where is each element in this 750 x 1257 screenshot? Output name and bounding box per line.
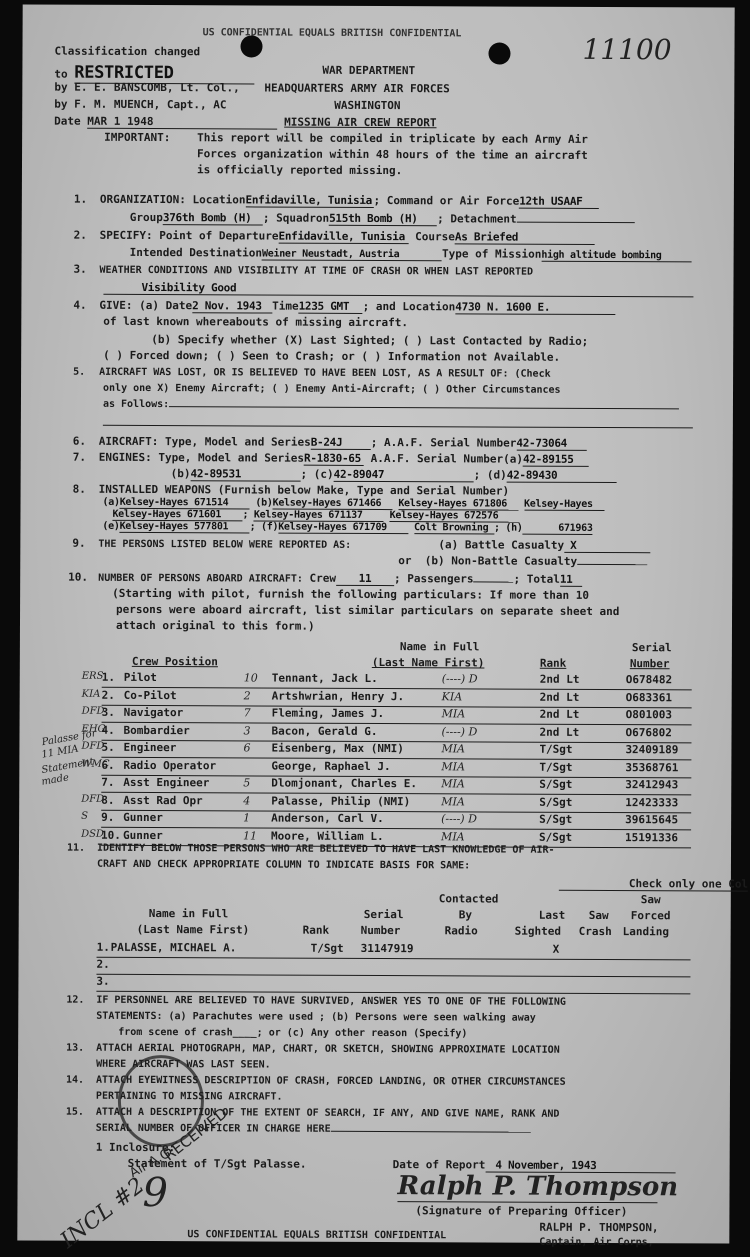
last-knowledge-line: CRAFT AND CHECK APPROPRIATE COLUMN TO IN… [97,859,470,872]
course-value: As Briefed [455,230,595,245]
header-forced: Forced [631,909,671,922]
crew-table: 1.Pilot10Tennant, Jack L.(----) D2nd LtO… [23,4,735,7]
departure-value: Enfidaville, Tunisia [278,230,408,245]
crew-serial: O678482 [626,673,672,686]
crew-number: 7. [101,776,114,789]
section-number: 6. [73,435,99,448]
crew-rank: S/Sgt [539,830,572,843]
passengers-label: ; Passengers [394,572,474,585]
check-only-one-note: Check only one Col [559,877,748,892]
crew-position: Asst Rad Opr [123,793,203,806]
margin-annotations: ERSKIADFDEHGDFDWMCDFDSDSDPalasse for11 M… [23,4,735,7]
engine-serial-a: 42-89155 [523,453,589,467]
crew-handwritten-order: 10 [244,671,258,684]
crew-name: Artshwrian, Henry J. [272,689,405,703]
missing-air-crew-report-page: US CONFIDENTIAL EQUALS BRITISH CONFIDENT… [17,4,734,1243]
crew-serial: 12423333 [625,796,678,809]
crew-rank: 2nd Lt [540,690,580,703]
instructions-line: (Starting with pilot, furnish the follow… [112,587,589,602]
last-knowledge-row: 3. [96,973,690,995]
row-number: 1. [97,941,110,954]
aircraft-serial-label: ; A.A.F. Serial Number [371,436,517,450]
crew-name: Dlomjonant, Charles E. [271,777,417,791]
handwritten-number: 11100 [582,33,671,66]
margin-code: DSD [81,828,104,839]
crew-position: Gunner [123,811,163,824]
crew-position: Pilot [124,671,157,684]
crew-name: Fleming, James J. [272,707,385,720]
crew-handwritten-order: 1 [243,811,250,824]
survival-line: STATEMENTS: (a) Parachutes were used ; (… [96,1011,536,1024]
crew-handwritten-order: 6 [243,741,250,754]
engine-serial-label: A.A.F. Serial Number(a) [371,452,523,466]
section-number: 15. [66,1107,96,1118]
crew-serial: 32412943 [625,778,678,791]
squadron-value: 515th Bomb (H) [329,212,437,226]
margin-code: DFD [82,706,105,717]
non-battle-casualty-value [577,564,647,565]
weapon-value: Kelsey-Hayes 671466 [273,498,393,511]
to-label: to [54,68,67,81]
crew-name: Moore, William L. [271,829,384,842]
header-rank: Rank [303,924,330,937]
crew-position: Engineer [123,741,176,754]
crew-position: Navigator [124,706,184,719]
by-line-2: by F. M. MUENCH, Capt., AC [54,98,226,112]
header-number: Number [361,924,401,937]
mission-value: high altitude bombing [541,250,691,263]
weapon-value: Kelsey-Hayes 577801 [120,521,250,534]
engine-serial-b: 42-89531 [190,467,300,481]
crew-position: Radio Operator [123,758,216,771]
header-contacted: Contacted [439,892,499,905]
section-number: 13. [66,1043,96,1054]
engine-type-value: R-1830-65 [304,452,364,466]
crew-serial: 32409189 [625,743,678,756]
section-number: 12. [66,995,96,1006]
crew-name: Tennant, Jack L. [272,672,378,685]
crew-rank: S/Sgt [539,795,572,808]
crew-serial: O801003 [626,708,672,721]
passengers-count [473,581,513,582]
report-title: MISSING AIR CREW REPORT [284,116,436,130]
destination-value: Weiner Neustadt, Austria [262,248,442,261]
header-by: By [459,908,472,921]
department: WAR DEPARTMENT [322,64,415,77]
weapons-label: INSTALLED WEAPONS (Furnish below Make, T… [99,483,510,498]
crew-rank: 2nd Lt [540,708,580,721]
section-number: 7. [73,451,99,464]
header-saw: Saw [641,893,661,906]
last-knowledge-table: 1.PALASSE, MICHAEL A.T/Sgt31147919X2.3. [23,4,735,7]
crew-rank: 2nd Lt [540,725,580,738]
crew-status-note: MIA [441,742,465,755]
weapon-value: Kelsey-Hayes 671709 [278,522,408,535]
row-number: 2. [96,958,109,971]
headquarters: HEADQUARTERS ARMY AIR FORCES [264,82,449,96]
loss-date-value: 2 Nov. 1943 [192,299,272,313]
weather-value: Visibility Good [103,281,693,298]
squadron-label: ; Squadron [263,212,329,225]
crew-name: Anderson, Carl V. [271,812,384,825]
engine-serial-c: 42-89047 [334,468,474,483]
loss-location-label: ; and Location [363,300,456,313]
total-count: 11 [560,573,582,587]
city: WASHINGTON [334,99,400,112]
battle-casualty-value: X [564,539,650,553]
weather-label: WEATHER CONDITIONS AND VISIBILITY AT TIM… [100,265,534,278]
crew-number: 2. [102,688,115,701]
section-number: 14. [66,1075,96,1086]
header-radio: Radio [445,924,478,937]
location-label: Location [193,193,246,206]
loss-location-value: 4730 N. 1600 E. [455,300,615,315]
margin-code: ERS [82,671,104,682]
loss-cause-line: AIRCRAFT WAS LOST, OR IS BELIEVED TO HAV… [99,367,551,380]
crew-name: George, Raphael J. [271,759,390,773]
crew-serial: O676802 [626,726,672,739]
crew-status-note: MIA [441,777,465,790]
destination-label: Intended Destination [130,246,263,260]
important-text-line: is officially reported missing. [197,163,402,177]
command-value: 12th USAAF [519,195,599,209]
crew-rank: S/Sgt [539,778,572,791]
survival-line: from scene of crash____; or (c) Any othe… [118,1027,467,1040]
course-label: Course [415,230,455,243]
crew-serial: 35368761 [625,761,678,774]
header-rank: Rank [540,657,567,670]
non-battle-casualty-label: (b) Non-Battle Casualty [425,554,577,568]
date-value: MAR 1 1948 [87,115,277,130]
header-serial: Serial [364,908,404,921]
header-name: Name in Full [400,640,480,653]
specify-label: SPECIFY: [100,229,153,242]
weapon-value: Kelsey-Hayes 671137 [254,509,384,522]
weapon-key: (a) [103,497,120,508]
punch-hole [488,42,510,64]
crew-position: Gunner [123,828,163,841]
crew-handwritten-order: 3 [244,724,251,737]
crew-name: Bacon, Gerald G. [272,724,378,737]
crew-rank: T/Sgt [539,743,572,756]
crew-position: Asst Engineer [123,776,209,789]
by-line-1: by E. E. BANSCOMB, Lt. Col., [54,81,239,95]
person-serial: 31147919 [361,942,414,955]
as-follows-label: as Follows: [103,399,169,410]
person-rank: T/Sgt [311,942,344,955]
group-label: Group [130,211,163,224]
crew-status-note: (----) D [441,812,477,825]
aircraft-serial-value: 42-73064 [516,437,586,451]
margin-code: S [81,811,88,822]
header-sighted: Sighted [515,925,561,938]
crew-serial: O683361 [626,691,672,704]
loss-time-value: 1235 GMT [299,300,363,314]
crew-handwritten-order: 2 [244,689,251,702]
loss-cause-line: only one X) Enemy Aircraft; ( ) Enemy An… [103,383,561,396]
aircraft-type-label: Type, Model and Series [165,435,311,449]
crew-status-note: MIA [441,760,465,773]
crew-rank: 2nd Lt [540,673,580,686]
header-serial-number: Number [630,657,670,670]
weapon-value: 671963 [523,523,593,535]
crew-number: 9. [101,811,114,824]
weapon-key: (e) [102,521,119,532]
weapon-value: Colt Browning [414,522,494,534]
mission-label: Type of Mission [442,247,541,260]
crew-name: Palasse, Philip (NMI) [271,794,410,808]
important-text-line: This report will be compiled in triplica… [197,131,588,146]
departure-label: Point of Departure [159,229,278,243]
crew-rank: S/Sgt [539,813,572,826]
header-last: Last [539,909,566,922]
margin-code: DFD [81,741,104,752]
weapon-value: Kelsey-Hayes 671806 [398,498,518,511]
engine-type-label: Type, Model and Series [158,451,304,465]
section-number: 5. [73,367,99,378]
handwritten-inclosure-note: INCL #2 [56,1173,149,1253]
persons-aboard-label: NUMBER OF PERSONS ABOARD AIRCRAFT: [98,573,303,585]
crew-handwritten-order: 5 [243,776,250,789]
aircraft-type-value: B-24J [311,436,371,450]
section-number: 2. [74,229,100,242]
crew-status-note: (----) D [442,725,478,738]
engines-label: ENGINES: [99,451,152,464]
crew-rank: T/Sgt [539,760,572,773]
command-label: ; Command or Air Force [374,194,520,208]
last-knowledge-line: IDENTIFY BELOW THOSE PERSONS WHO ARE BEL… [97,843,555,856]
crew-status-note: (----) D [442,672,478,685]
signature: Ralph P. Thompson [397,1171,657,1203]
classification-top: US CONFIDENTIAL EQUALS BRITISH CONFIDENT… [203,27,462,39]
crew-position: Co-Pilot [124,688,177,701]
section-number: 4. [73,299,99,312]
aircraft-label: AIRCRAFT: [99,435,159,448]
classification-changed-label: Classification changed [54,45,200,59]
crew-position: Bombardier [124,723,190,736]
weapon-key: (f) [261,521,278,532]
crew-serial: 15191336 [625,831,678,844]
crew-handwritten-order: 11 [243,829,257,842]
important-label: IMPORTANT: [104,131,170,144]
weapon-value: Kelsey-Hayes 672576 [390,510,520,523]
date-label: GIVE: (a) Date [99,299,192,312]
photo-line: ATTACH AERIAL PHOTOGRAPH, MAP, CHART, OR… [96,1043,560,1056]
important-text-line: Forces organization within 48 hours of t… [197,147,588,162]
persons-reported-label: THE PERSONS LISTED BELOW WERE REPORTED A… [98,539,351,551]
report-date-label: Date of Report [393,1158,486,1171]
instructions-line: persons were aboard aircraft, list simil… [116,603,619,618]
section-number: 11. [67,843,97,854]
weapon-value: Kelsey-Hayes 671601 [112,509,242,522]
specify-whether-line: (b) Specify whether (X) Last Sighted; ( … [151,333,588,348]
crew-label: Crew [309,572,336,585]
header-crash: Crash [579,925,612,938]
punch-hole [240,35,262,57]
section-number: 8. [73,483,99,496]
officer-name: RALPH P. THOMPSON, [539,1221,658,1235]
total-label: ; Total [513,573,559,586]
header-landing: Landing [623,925,669,938]
or-label: or [398,554,411,567]
section-number: 1. [74,193,100,206]
detachment-label: ; Detachment [437,212,517,225]
crew-handwritten-order: 7 [244,706,251,719]
crew-serial: 39615645 [625,813,678,826]
section-number: 10. [68,571,98,584]
crew-name: Eisenberg, Max (NMI) [271,742,404,756]
crew-status-note: KIA [442,690,463,703]
weapon-key: (h) [505,523,522,534]
crew-status-note: MIA [442,707,466,720]
whereabouts-text: of last known whereabouts of missing air… [103,315,408,329]
organization-label: ORGANIZATION: [100,193,186,206]
weapon-value: Kelsey-Hayes [524,499,604,511]
row-number: 3. [96,975,109,988]
crew-count: 11 [336,572,394,586]
crew-handwritten-order: 4 [243,794,250,807]
battle-casualty-label: (a) Battle Casualty [438,538,564,552]
section-number: 9. [72,537,98,550]
signature-caption: (Signature of Preparing Officer) [415,1204,627,1218]
specify-whether-line: ( ) Forced down; ( ) Seen to Crash; or (… [103,349,560,364]
header-crew-position: Crew Position [132,655,218,668]
instructions-line: attach original to this form.) [116,619,315,633]
survival-line: IF PERSONNEL ARE BELIEVED TO HAVE SURVIV… [96,995,566,1008]
header-last-name-first: (Last Name First) [372,656,485,669]
engine-serial-d: 42-89430 [507,469,617,483]
margin-code: DFD [81,793,104,804]
header-serial: Serial [632,641,672,654]
classification-bottom: US CONFIDENTIAL EQUALS BRITISH CONFIDENT… [187,1229,446,1241]
header-saw: Saw [589,909,609,922]
date-label: Date [54,115,81,128]
handwritten-page-number: 9 [142,1170,168,1216]
header-last-name-first: (Last Name First) [137,923,250,936]
group-value: 376th Bomb (H) [163,211,263,225]
crew-status-note: MIA [441,830,465,843]
location-value: Enfidaville, Tunisia [246,193,374,208]
detachment-value [517,222,635,224]
header-name: Name in Full [149,907,229,920]
time-label: Time [272,300,299,313]
weapon-value: Kelsey-Hayes 671514 [120,497,250,510]
section-number: 3. [74,263,100,276]
weapon-key: (b) [255,497,272,508]
person-name: PALASSE, MICHAEL A. [111,941,237,955]
crew-status-note: MIA [441,795,465,808]
officer-rank: Captain, Air Corps, [539,1237,653,1248]
last-sighted-check: X [553,943,560,956]
margin-code: KIA [82,688,101,699]
